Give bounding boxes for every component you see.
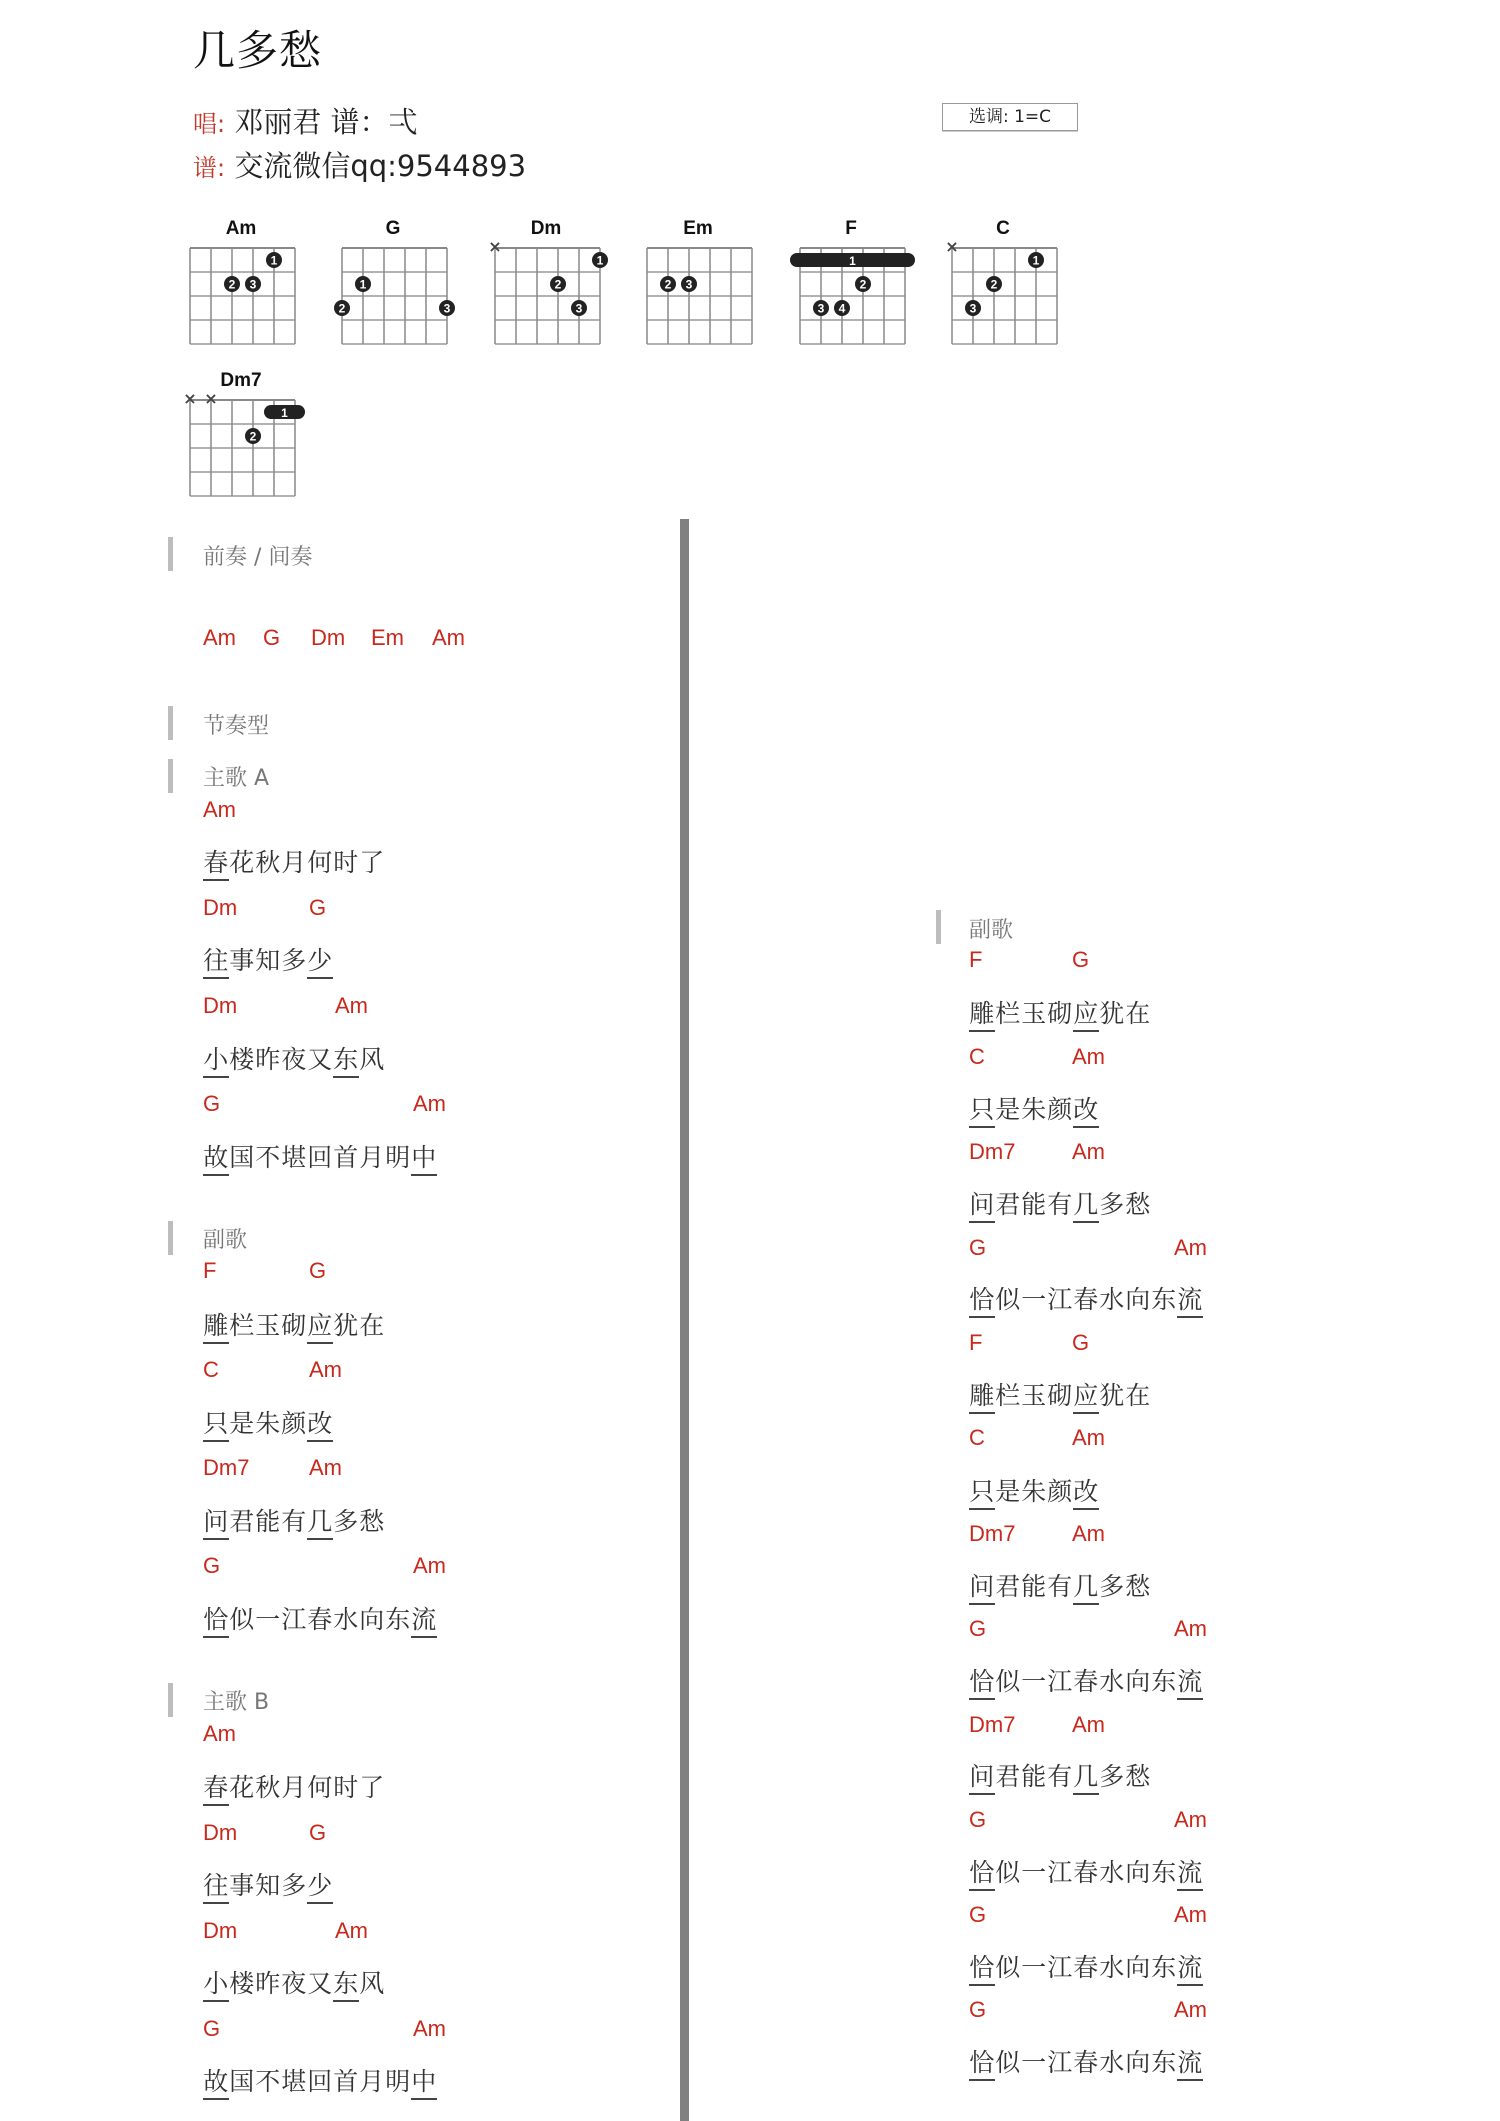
- lyric-line: 小楼昨夜又东风: [203, 1040, 385, 1078]
- svg-text:3: 3: [686, 278, 693, 292]
- lyric-line: 小楼昨夜又东风: [203, 1964, 385, 2002]
- chord-label: G: [1072, 947, 1089, 973]
- section-marker: [168, 706, 173, 740]
- lyric-line: 雕栏玉砌应犹在: [969, 994, 1151, 1032]
- chord-label: Am: [1072, 1044, 1105, 1070]
- svg-text:1: 1: [597, 254, 604, 268]
- lyric-line: 问君能有几多愁: [969, 1757, 1151, 1795]
- singer-value: 邓丽君 谱：弌: [234, 105, 417, 139]
- lyric-line: 恰似一江春水向东流: [969, 1280, 1203, 1318]
- chord-diagram-am: Am123: [176, 218, 306, 353]
- lyric-line: 恰似一江春水向东流: [969, 1853, 1203, 1891]
- lyric-line: 故国不堪回首月明中: [203, 2062, 437, 2100]
- chord-label: Dm: [203, 1820, 237, 1846]
- svg-text:2: 2: [665, 278, 672, 292]
- svg-text:3: 3: [444, 302, 451, 316]
- lyric-line: 春花秋月何时了: [203, 1768, 385, 1806]
- chord-label: G: [309, 1820, 326, 1846]
- lyric-line: 问君能有几多愁: [203, 1502, 385, 1540]
- section-title: 副歌: [969, 913, 1013, 944]
- chord-label: Am: [1072, 1139, 1105, 1165]
- muted-string-icon: ×: [945, 237, 958, 256]
- chord-diagram-c: C×123: [938, 218, 1068, 353]
- chord-label: Am: [335, 1918, 368, 1944]
- chord-label: Am: [309, 1357, 342, 1383]
- singer-line: 唱: 邓丽君 谱：弌: [193, 100, 418, 141]
- chord-label: G: [969, 1902, 986, 1928]
- section-title: 主歌 B: [203, 1685, 269, 1716]
- fretboard-grid: ××12: [176, 388, 311, 503]
- chord-label: Dm7: [969, 1521, 1015, 1547]
- chord-label: Dm: [203, 993, 237, 1019]
- chord-label: Am: [203, 1721, 236, 1747]
- svg-text:2: 2: [250, 430, 257, 444]
- lyric-line: 恰似一江春水向东流: [969, 1662, 1203, 1700]
- chord-label: G: [1072, 1330, 1089, 1356]
- chord-label: Dm: [203, 895, 237, 921]
- lyric-line: 恰似一江春水向东流: [969, 1948, 1203, 1986]
- chord-label: Dm7: [203, 1455, 249, 1481]
- chord-label: Am: [203, 797, 236, 823]
- svg-text:1: 1: [281, 406, 288, 420]
- svg-text:2: 2: [555, 278, 562, 292]
- key-select-button[interactable]: 选调: 1=C: [942, 103, 1078, 131]
- lyric-line: 恰似一江春水向东流: [969, 2043, 1203, 2081]
- fretboard-grid: ×123: [481, 236, 616, 351]
- muted-string-icon: ×: [183, 389, 196, 408]
- chord-label: Am: [1174, 1235, 1207, 1261]
- chord-label: Am: [1072, 1425, 1105, 1451]
- column-divider: [680, 519, 689, 2121]
- chord-label: F: [203, 1258, 216, 1284]
- section-title: 前奏 / 间奏: [203, 540, 312, 571]
- chord-label: Am: [335, 993, 368, 1019]
- chord-label: C: [203, 1357, 219, 1383]
- svg-text:2: 2: [339, 302, 346, 316]
- chord-label: F: [969, 947, 982, 973]
- chord-label: G: [309, 1258, 326, 1284]
- fretboard-grid: 1234: [786, 236, 921, 351]
- chord-label: Am: [1174, 1616, 1207, 1642]
- chord-label: G: [969, 1616, 986, 1642]
- chord-label: G: [203, 1091, 220, 1117]
- fretboard-grid: 23: [633, 236, 768, 351]
- svg-text:2: 2: [991, 278, 998, 292]
- chord-label: G: [203, 1553, 220, 1579]
- chord-label: F: [969, 1330, 982, 1356]
- svg-text:3: 3: [250, 278, 257, 292]
- muted-string-icon: ×: [204, 389, 217, 408]
- svg-text:4: 4: [839, 302, 846, 316]
- chord-diagram-dm: Dm×123: [481, 218, 611, 353]
- fretboard-grid: ×123: [938, 236, 1073, 351]
- chord-label: Am: [413, 2016, 446, 2042]
- svg-text:1: 1: [849, 254, 856, 268]
- singer-label: 唱:: [193, 110, 225, 138]
- chord-label: Em: [371, 625, 404, 651]
- chord-diagram-g: G123: [328, 218, 458, 353]
- chord-label: Am: [432, 625, 465, 651]
- lyric-line: 故国不堪回首月明中: [203, 1138, 437, 1176]
- svg-text:3: 3: [970, 302, 977, 316]
- chord-label: Am: [413, 1553, 446, 1579]
- score-label: 谱:: [193, 154, 225, 182]
- chord-diagram-f: F1234: [786, 218, 916, 353]
- section-marker: [936, 910, 941, 944]
- lyric-line: 雕栏玉砌应犹在: [969, 1376, 1151, 1414]
- lyric-line: 春花秋月何时了: [203, 843, 385, 881]
- chord-diagram-em: Em23: [633, 218, 763, 353]
- lyric-line: 只是朱颜改: [969, 1472, 1099, 1510]
- chord-label: Am: [1072, 1521, 1105, 1547]
- lyric-line: 往事知多少: [203, 941, 333, 979]
- lyric-line: 往事知多少: [203, 1866, 333, 1904]
- chord-diagram-dm7: Dm7××12: [176, 370, 306, 505]
- svg-text:3: 3: [818, 302, 825, 316]
- svg-text:1: 1: [271, 254, 278, 268]
- chord-label: Am: [1174, 1902, 1207, 1928]
- score-line: 谱: 交流微信qq:9544893: [193, 144, 526, 185]
- chord-label: G: [969, 1997, 986, 2023]
- lyric-line: 问君能有几多愁: [969, 1567, 1151, 1605]
- muted-string-icon: ×: [488, 237, 501, 256]
- section-title: 副歌: [203, 1223, 247, 1254]
- chord-label: G: [263, 625, 280, 651]
- score-value: 交流微信qq:9544893: [234, 149, 526, 183]
- section-marker: [168, 759, 173, 793]
- chord-label: Am: [1174, 1997, 1207, 2023]
- lyric-line: 只是朱颜改: [969, 1090, 1099, 1128]
- section-marker: [168, 537, 173, 571]
- chord-label: Am: [1072, 1712, 1105, 1738]
- chord-label: G: [969, 1235, 986, 1261]
- svg-text:1: 1: [360, 278, 367, 292]
- svg-text:2: 2: [860, 278, 867, 292]
- chord-label: Dm7: [969, 1712, 1015, 1738]
- chord-label: C: [969, 1425, 985, 1451]
- lyric-line: 只是朱颜改: [203, 1404, 333, 1442]
- svg-text:1: 1: [1033, 254, 1040, 268]
- chord-label: Dm7: [969, 1139, 1015, 1165]
- svg-text:3: 3: [576, 302, 583, 316]
- fretboard-grid: 123: [176, 236, 311, 351]
- fretboard-grid: 123: [328, 236, 463, 351]
- chord-label: C: [969, 1044, 985, 1070]
- svg-text:2: 2: [229, 278, 236, 292]
- section-title: 节奏型: [203, 709, 269, 740]
- chord-label: G: [969, 1807, 986, 1833]
- chord-label: G: [203, 2016, 220, 2042]
- chord-label: G: [309, 895, 326, 921]
- section-title: 主歌 A: [203, 761, 269, 792]
- lyric-line: 恰似一江春水向东流: [203, 1600, 437, 1638]
- song-title: 几多愁: [193, 18, 322, 78]
- section-marker: [168, 1221, 173, 1255]
- section-marker: [168, 1683, 173, 1717]
- chord-label: Am: [309, 1455, 342, 1481]
- chord-label: Am: [413, 1091, 446, 1117]
- chord-label: Am: [203, 625, 236, 651]
- lyric-line: 雕栏玉砌应犹在: [203, 1306, 385, 1344]
- chord-label: Am: [1174, 1807, 1207, 1833]
- chord-label: Dm: [311, 625, 345, 651]
- lyric-line: 问君能有几多愁: [969, 1185, 1151, 1223]
- chord-label: Dm: [203, 1918, 237, 1944]
